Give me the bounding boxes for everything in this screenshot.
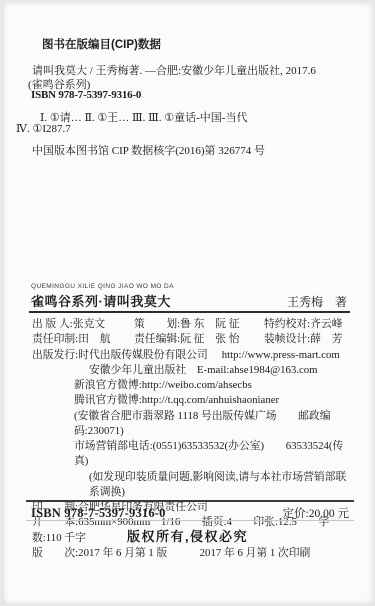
price: 定价:20.00 元	[283, 505, 349, 521]
special-proofreader: 特约校对:齐云峰	[264, 317, 353, 332]
edition-row: 版 次:2017 年 6 月第 1 版 2017 年 6 月第 1 次印刷	[32, 546, 353, 561]
isbn-number: ISBN 978-7-5397-9316-0	[31, 506, 166, 521]
copyright-notice: 版权所有,侵权必究	[2, 526, 373, 545]
imprint-email-row: 安徽少年儿童出版社 E-mail:ahse1984@163.com	[32, 363, 353, 378]
book-copyright-page: 图书在版编目(CIP)数据 请叫我莫大 / 王秀梅著. —合肥:安徽少年儿童出版…	[2, 2, 373, 604]
publisher-person: 出 版 人:张克文	[32, 317, 134, 332]
colophon-block: 出 版 人:张克文 策 划:鲁 东 阮 征 特约校对:齐云峰 责任印制:田 航 …	[32, 317, 353, 561]
planners: 策 划:鲁 东 阮 征	[134, 317, 264, 332]
publisher-url: http://www.press-mart.com	[222, 348, 340, 363]
book-title: 雀鸣谷系列·请叫我莫大	[31, 291, 171, 310]
cip-classification-line-1: Ⅰ. ①请… Ⅱ. ①王… Ⅲ. Ⅲ. ①童话-中国-当代	[40, 109, 247, 125]
responsible-editors: 责任编辑:阮 征 张 怡	[134, 332, 264, 347]
cip-classification-line-2: Ⅳ. ①I287.7	[16, 122, 71, 135]
sina-weibo-row: 新浪官方微博:http://weibo.com/ahsecbs	[32, 378, 353, 393]
staff-row-2: 责任印制:田 航 责任编辑:阮 征 张 怡 装帧设计:薛 芳	[32, 332, 353, 347]
cip-header: 图书在版编目(CIP)数据	[42, 36, 161, 52]
title-row: 雀鸣谷系列·请叫我莫大 王秀梅 著	[31, 291, 347, 310]
cip-isbn-line: ISBN 978-7-5397-9316-0	[31, 89, 141, 101]
book-author: 王秀梅 著	[287, 293, 347, 310]
quality-notice-row: (如发现印装质量问题,影响阅读,请与本社市场营销部联系调换)	[32, 470, 353, 501]
publisher-name: 出版发行:时代出版传媒股份有限公司	[32, 348, 208, 363]
cip-record-number-line: 中国版本图书馆 CIP 数据核字(2016)第 326774 号	[32, 142, 265, 158]
isbn-bottom-rule	[26, 520, 354, 521]
isbn-price-row: ISBN 978-7-5397-9316-0 定价:20.00 元	[31, 505, 349, 521]
isbn-top-rule	[26, 500, 354, 502]
publisher-row: 出版发行:时代出版传媒股份有限公司 http://www.press-mart.…	[32, 348, 353, 363]
title-divider-rule	[29, 311, 350, 313]
staff-row-1: 出 版 人:张克文 策 划:鲁 东 阮 征 特约校对:齐云峰	[32, 317, 353, 332]
designer: 装帧设计:薛 芳	[264, 332, 353, 347]
series-pinyin: QUEMINGGU XILIE QING JIAO WO MO DA	[31, 283, 174, 290]
tencent-weibo-row: 腾讯官方微博:http://t.qq.com/anhuishaonianer	[32, 393, 353, 408]
address-row: (安徽省合肥市翡翠路 1118 号出版传媒广场 邮政编码:230071)	[32, 409, 353, 440]
print-supervisor: 责任印制:田 航	[32, 332, 134, 347]
marketing-phone-row: 市场营销部电话:(0551)63533532(办公室) 63533524(传真)	[32, 439, 353, 470]
